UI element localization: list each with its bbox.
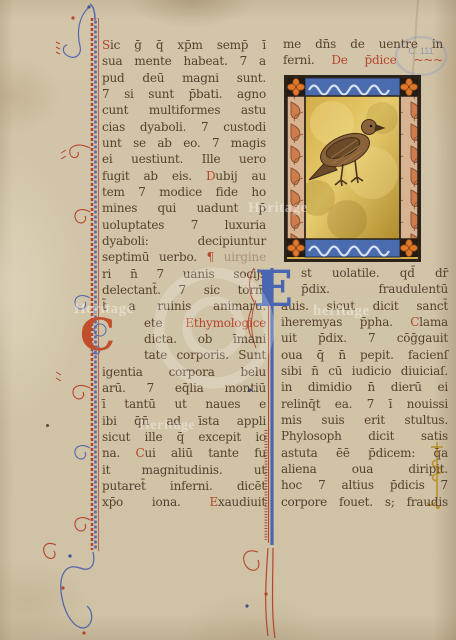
frame-column-left xyxy=(287,96,305,239)
text-line: 7 si sunt p̄bati. agno xyxy=(102,86,266,102)
corner-quatrefoil-icon xyxy=(287,239,305,257)
text-line: Sic ḡ q̄ xp̄m semp̄ ī xyxy=(102,37,266,53)
text-line: aliena oua diripit. xyxy=(281,461,448,477)
text-line: ei uestiunt. Ille uero xyxy=(102,151,266,167)
right-text-column: st uolatile. qd̄ dr̄p̄dix. fraudulentūau… xyxy=(281,265,448,510)
manuscript-page: C. 111 xyxy=(0,0,456,640)
text-line: ete Ethymologice xyxy=(102,315,266,331)
text-line: ri n̄ 7 uanis socijs xyxy=(102,266,266,282)
text-line: hoc 7 altius p̄dicis 7 xyxy=(281,477,448,493)
text-line: cias dyaboli. 7 custodi xyxy=(102,119,266,135)
text-line: ferni. De p̄dice ~~~ xyxy=(283,52,443,68)
text-line: it magnitudinis. ut xyxy=(102,462,266,478)
right-column-header: me dn̄s de uentre inferni. De p̄dice ~~~ xyxy=(283,36,443,69)
text-line: uit p̄dix. 7 cōḡgauit xyxy=(281,330,448,346)
miniature-art xyxy=(287,78,418,259)
text-line: oua q̄ n̄ pepit. facienſ xyxy=(281,347,448,363)
left-text-column: Sic ḡ q̄ xp̄m semp̄ īsua mente habeat. 7… xyxy=(102,37,266,511)
text-line: Phylosoph dicit satis xyxy=(281,428,448,444)
text-line: igentia corpora belu xyxy=(102,364,266,380)
text-line: st uolatile. qd̄ dr̄ xyxy=(281,265,448,281)
text-line: astuta ēē p̄dicem: q̄a xyxy=(281,445,448,461)
text-line: t̄ a ruinis animaru. xyxy=(102,298,266,314)
text-line: dyaboli: decipiuntur xyxy=(102,233,266,249)
text-line: tem 7 modice fide ho xyxy=(102,184,266,200)
ink-spot xyxy=(46,424,49,427)
wave-band-top xyxy=(305,78,400,96)
corner-quatrefoil-icon xyxy=(287,78,305,96)
partridge-miniature xyxy=(284,75,421,262)
text-line: xp̄o iona. Exaudiuit xyxy=(102,494,266,510)
corner-quatrefoil-icon xyxy=(400,78,418,96)
text-line: me dn̄s de uentre in xyxy=(283,36,443,52)
text-line: sicut ille q̄ excepit io xyxy=(102,429,266,445)
text-line: sua mente habeat. 7 a xyxy=(102,53,266,69)
text-line: tate corporis. Sunt xyxy=(102,347,266,363)
text-line: uoluptates 7 luxuria xyxy=(102,217,266,233)
text-line: putaret̄ inferni. dicēt xyxy=(102,478,266,494)
text-line: mis suis erit stultus. xyxy=(281,412,448,428)
text-line: ī tantū ut naues e xyxy=(102,396,266,412)
text-line: corpore fouet. s; fraudis xyxy=(281,494,448,510)
text-line: in dimidio n̄ dierū ei xyxy=(281,379,448,395)
text-line: pud deū magni sunt. xyxy=(102,70,266,86)
text-line: septimū uerbo. ¶ uirgine xyxy=(102,249,266,265)
text-line: arū. 7 eq̄lia montiū xyxy=(102,380,266,396)
text-line: iheremyas p̄pha. Clama xyxy=(281,314,448,330)
text-line: dicta. ob īmani xyxy=(102,331,266,347)
text-line: relinq̄t ea. 7 ī nouissi xyxy=(281,396,448,412)
text-line: sibi n̄ cū iudicio diuiciaſ. xyxy=(281,363,448,379)
text-line: fugit ab eis. Dubij au xyxy=(102,168,266,184)
frame-column-right xyxy=(400,96,418,239)
wave-band-bottom xyxy=(305,239,400,257)
text-line: ibi q̄n̄ ad īsta appli xyxy=(102,413,266,429)
initial-c: C xyxy=(80,314,115,358)
text-line: delectant̄. 7 sic torm̄ xyxy=(102,282,266,298)
corner-quatrefoil-icon xyxy=(400,239,418,257)
text-line: na. Cui aliū tante fu xyxy=(102,445,266,461)
text-line: auis. sicut dicit sanct̄ xyxy=(281,298,448,314)
text-line: p̄dix. fraudulentū xyxy=(281,281,448,297)
text-line: cunt multiformes astu xyxy=(102,102,266,118)
text-line: unt se ab eo. 7 magis xyxy=(102,135,266,151)
text-line: mines qui uadunt p̄ xyxy=(102,200,266,216)
initial-e: E xyxy=(255,261,293,317)
